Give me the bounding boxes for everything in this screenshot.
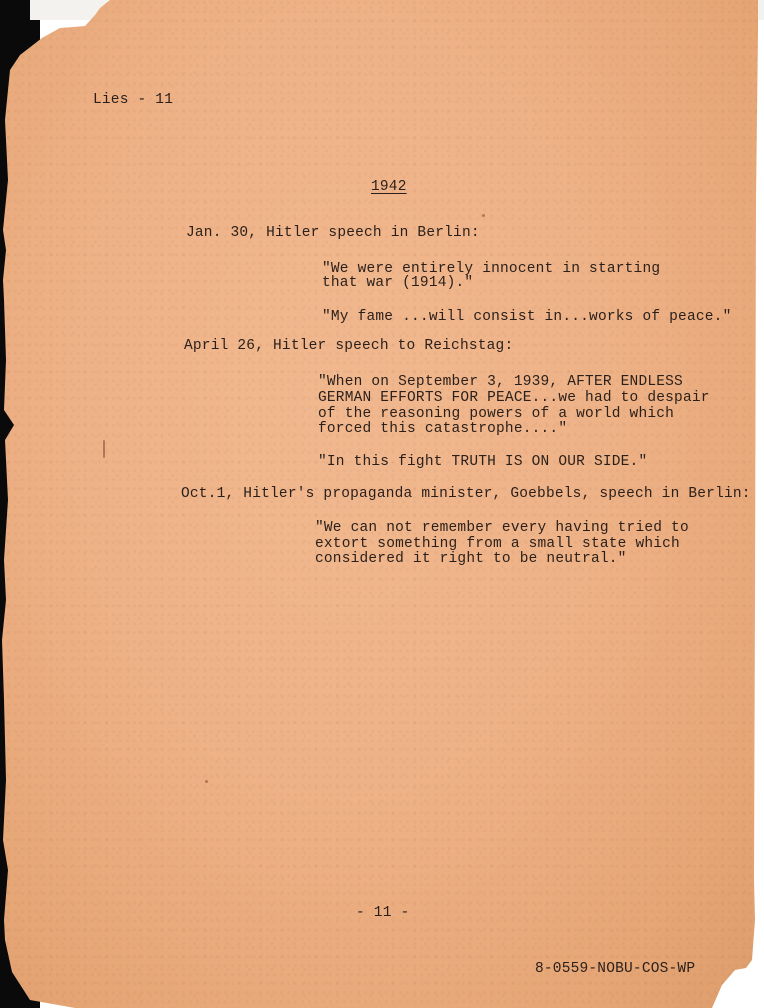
entry-heading: Oct.1, Hitler's propaganda minister, Goe… [181,487,751,502]
year-heading: 1942 [371,180,407,195]
paper-mark [103,440,105,458]
quote-line: "In this fight TRUTH IS ON OUR SIDE." [318,455,647,470]
entry-heading: Jan. 30, Hitler speech in Berlin: [186,226,480,241]
quote-line: "We can not remember every having tried … [315,521,689,536]
paper-page [0,0,758,1008]
page-number: - 11 - [356,906,409,921]
quote-line: that war (1914)." [322,276,473,291]
quote-line: "When on September 3, 1939, AFTER ENDLES… [318,375,683,390]
quote-line: forced this catastrophe...." [318,422,567,437]
paper-speck [482,214,485,217]
page-label: Lies - 11 [93,93,173,108]
footer-code: 8-0559-NOBU-COS-WP [535,962,695,977]
quote-line: GERMAN EFFORTS FOR PEACE...we had to des… [318,391,710,406]
entry-heading: April 26, Hitler speech to Reichstag: [184,339,513,354]
quote-line: extort something from a small state whic… [315,537,680,552]
quote-line: considered it right to be neutral." [315,552,627,567]
paper-speck [205,780,208,783]
quote-line: "My fame ...will consist in...works of p… [322,310,731,325]
quote-line: of the reasoning powers of a world which [318,407,674,422]
